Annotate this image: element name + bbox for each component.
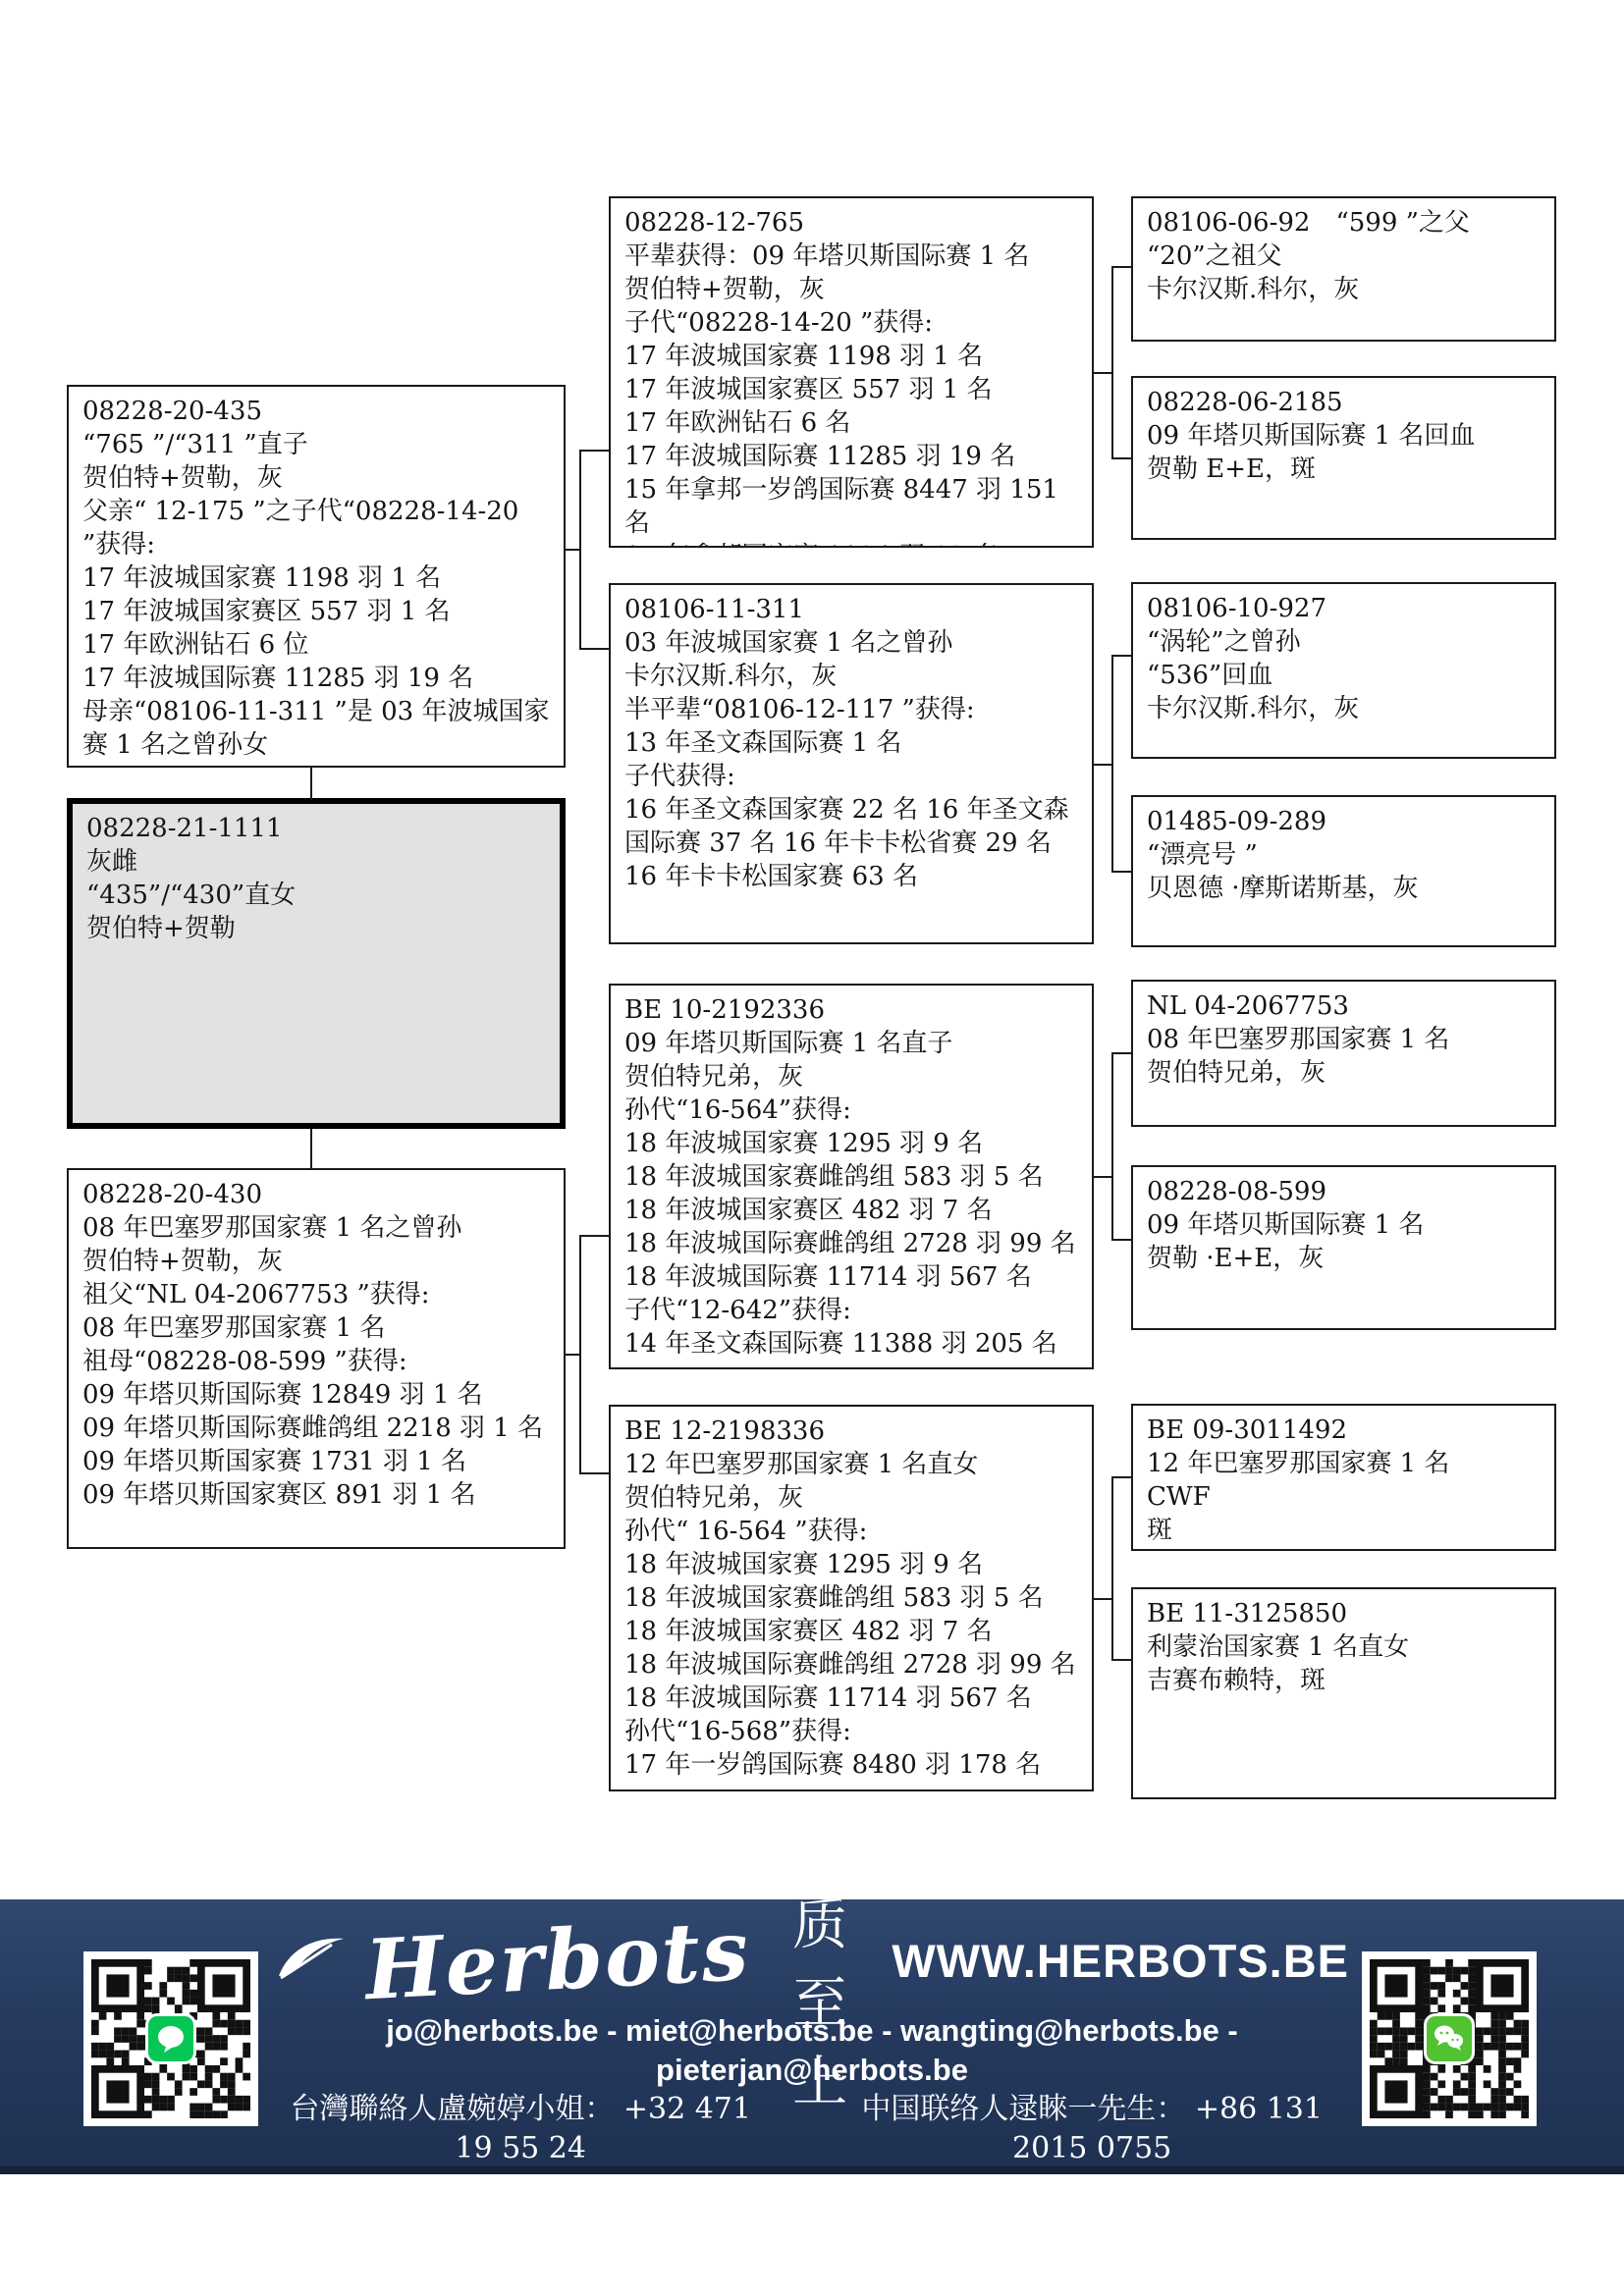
box-line: 贺伯特兄弟，灰 [624, 1481, 1078, 1515]
box-line: 卡尔汉斯.科尔，灰 [1147, 273, 1541, 306]
box-line: 半平辈“08106-12-117 ”获得: [624, 693, 1078, 726]
box-line: 12 年巴塞罗那国家赛 1 名 [1147, 1447, 1541, 1480]
connector-line [1094, 1176, 1113, 1178]
connector-line [1111, 1476, 1133, 1478]
box-line: 03 年波城国家赛 1 名之曾孙 [624, 626, 1078, 660]
brand-logo: Herbots [363, 1906, 752, 2014]
box-line: 17 年一岁鸽国际赛 8480 羽 178 名 [624, 1748, 1078, 1782]
connector-line [1094, 1598, 1113, 1600]
connector-line [1111, 266, 1133, 268]
box-grandfather-paternal: 08228-12-765平辈获得：09 年塔贝斯国际赛 1 名贺伯特+贺勒，灰子… [609, 196, 1094, 548]
box-line: 贺勒 E+E，斑 [1147, 453, 1541, 486]
box-line: 卡尔汉斯.科尔，灰 [624, 660, 1078, 693]
box-line: 子代“12-642”获得: [624, 1294, 1078, 1327]
connector-line [1111, 655, 1133, 657]
box-subject: 08228-21-1111灰雌“435”/“430”直女贺伯特+贺勒 [67, 798, 566, 1129]
connector-line [310, 768, 312, 800]
box-line: 13 年圣文森国际赛 1 名 [624, 726, 1078, 760]
box-line: 08228-21-1111 [86, 812, 546, 845]
box-line: 父亲“ 12-175 ”之子代“08228-14-20 ”获得: [82, 495, 550, 561]
box-line: 贺伯特+贺勒，灰 [624, 273, 1078, 306]
box-line: 贺伯特+贺勒，灰 [82, 461, 550, 495]
box-line: 贺伯特+贺勒，灰 [82, 1245, 550, 1278]
box-line: NL 04-2067753 [1147, 989, 1541, 1023]
connector-line [1111, 1476, 1113, 1661]
box-line: 18 年波城国际赛 11714 羽 567 名 [624, 1260, 1078, 1294]
box-line: 08228-08-599 [1147, 1175, 1541, 1208]
box-line: 08106-10-927 [1147, 592, 1541, 625]
box-great-grandparent-1: 08106-06-92 “599 ”之父“20”之祖父卡尔汉斯.科尔，灰 [1131, 196, 1556, 342]
box-line: 平辈获得：09 年塔贝斯国际赛 1 名 [624, 240, 1078, 273]
box-line: 18 年波城国际赛 11714 羽 567 名 [624, 1682, 1078, 1715]
box-line: 12 年巴塞罗那国家赛 1 名直女 [624, 1448, 1078, 1481]
box-line: 08228-12-765 [624, 206, 1078, 240]
box-line: 09 年塔贝斯国际赛 1 名 [1147, 1208, 1541, 1242]
connector-line [1111, 1659, 1133, 1661]
box-line: “20”之祖父 [1147, 240, 1541, 273]
connector-line [579, 1472, 611, 1474]
box-line: 18 年波城国家赛 1295 羽 9 名 [624, 1548, 1078, 1581]
connector-line [1111, 871, 1133, 873]
footer-content: Herbots 品质至上 WWW.HERBOTS.BE jo@herbots.b… [275, 1911, 1349, 2270]
box-line: 孙代“16-564”获得: [624, 1094, 1078, 1127]
box-line: 08228-20-435 [82, 395, 550, 428]
line-icon [145, 2013, 196, 2064]
box-line: 09 年塔贝斯国际赛 1 名直子 [624, 1027, 1078, 1060]
box-line: 18 年波城国家赛雌鸽组 583 羽 5 名 [624, 1581, 1078, 1615]
box-line: 09 年塔贝斯国家赛区 891 羽 1 名 [82, 1478, 550, 1512]
box-line: 斑 [1147, 1514, 1541, 1547]
box-line: 利蒙治国家赛 1 名直女 [1147, 1630, 1541, 1664]
box-line: 18 年波城国家赛雌鸽组 583 羽 5 名 [624, 1160, 1078, 1194]
feather-icon [275, 1933, 348, 1988]
box-line: 15 年拿邦一岁鸽国际赛 8447 羽 151 名 [624, 473, 1078, 540]
box-line: 贺伯特+贺勒 [86, 912, 546, 945]
box-line: 18 年波城国家赛区 482 羽 7 名 [624, 1194, 1078, 1227]
box-line: “435”/“430”直女 [86, 879, 546, 912]
contact-china: 中国联络人逯睞一先生： +86 131 2015 0755 [835, 2090, 1349, 2168]
box-line: 孙代“16-568”获得: [624, 1715, 1078, 1748]
box-line: CWF [1147, 1480, 1541, 1514]
box-line: 08 年巴塞罗那国家赛 1 名之曾孙 [82, 1211, 550, 1245]
box-line: 17 年欧洲钻石 6 名 [624, 406, 1078, 440]
box-line: 贺勒 ·E+E，灰 [1147, 1242, 1541, 1275]
box-line: 贺伯特兄弟，灰 [1147, 1056, 1541, 1090]
connector-line [1111, 1052, 1133, 1054]
wechat-icon [1424, 2013, 1475, 2064]
box-line: 子代获得: [624, 760, 1078, 793]
box-line: 08 年巴塞罗那国家赛 1 名 [82, 1311, 550, 1345]
box-great-grandparent-4: 01485-09-289“漂亮号 ”贝恩德 ·摩斯诺斯基，灰 [1131, 795, 1556, 947]
box-line: 08228-20-430 [82, 1178, 550, 1211]
box-line: 18 年波城国际赛雌鸽组 2728 羽 99 名 [624, 1648, 1078, 1682]
box-line: 卡尔汉斯.科尔，灰 [1147, 692, 1541, 725]
connector-line [1094, 372, 1113, 374]
box-grandfather-maternal: BE 10-219233609 年塔贝斯国际赛 1 名直子贺伯特兄弟，灰孙代“1… [609, 984, 1094, 1369]
box-line: 09 年塔贝斯国际赛雌鸽组 2218 羽 1 名 [82, 1412, 550, 1445]
box-line: 14 年圣文森国际赛 11388 羽 205 名 [624, 1327, 1078, 1361]
box-line: 08106-06-92 “599 ”之父 [1147, 206, 1541, 240]
connector-line [1111, 1052, 1113, 1241]
box-line: 贝恩德 ·摩斯诺斯基，灰 [1147, 872, 1541, 905]
box-line: 子代“08228-14-20 ”获得: [624, 306, 1078, 340]
box-grandmother-paternal: 08106-11-31103 年波城国家赛 1 名之曾孙卡尔汉斯.科尔，灰半平辈… [609, 583, 1094, 944]
connector-line [1111, 457, 1133, 459]
box-line: 09 年塔贝斯国际赛 1 名回血 [1147, 419, 1541, 453]
box-line: 祖父“NL 04-2067753 ”获得: [82, 1278, 550, 1311]
box-line: 01485-09-289 [1147, 805, 1541, 838]
box-line: 吉赛布赖特，斑 [1147, 1664, 1541, 1697]
box-line: 09 年塔贝斯国家赛 1731 羽 1 名 [82, 1445, 550, 1478]
box-mother: 08228-20-43008 年巴塞罗那国家赛 1 名之曾孙贺伯特+贺勒，灰祖父… [67, 1168, 566, 1549]
connector-line [1111, 655, 1113, 873]
box-line: 母亲“08106-11-311 ”是 03 年波城国家赛 1 名之曾孙女 [82, 695, 550, 762]
box-line: 17 年欧洲钻石 6 位 [82, 628, 550, 662]
box-line: 18 年波城国家赛 1295 羽 9 名 [624, 1127, 1078, 1160]
connector-line [579, 450, 611, 452]
connector-line [579, 1235, 611, 1237]
box-line: BE 09-3011492 [1147, 1414, 1541, 1447]
box-line: 09 年塔贝斯国际赛 12849 羽 1 名 [82, 1378, 550, 1412]
box-line: 16 年卡卡松国家赛 63 名 [624, 860, 1078, 893]
website-url: WWW.HERBOTS.BE [892, 1934, 1349, 1988]
box-line: 16 年圣文森国家赛 22 名 16 年圣文森国际赛 37 名 16 年卡卡松省… [624, 793, 1078, 860]
box-line: 17 年波城国家赛 1198 羽 1 名 [624, 340, 1078, 373]
box-great-grandparent-7: BE 09-301149212 年巴塞罗那国家赛 1 名CWF斑 [1131, 1404, 1556, 1551]
box-father: 08228-20-435“765 ”/“311 ”直子贺伯特+贺勒，灰父亲“ 1… [67, 385, 566, 768]
box-line: 贺伯特兄弟，灰 [624, 1060, 1078, 1094]
box-line: 17 年波城国际赛 11285 羽 19 名 [624, 440, 1078, 473]
box-great-grandparent-5: NL 04-206775308 年巴塞罗那国家赛 1 名贺伯特兄弟，灰 [1131, 980, 1556, 1127]
box-line: 17 年波城国际赛 11285 羽 19 名 [82, 662, 550, 695]
connector-line [579, 450, 581, 650]
pedigree-page: 08228-20-435“765 ”/“311 ”直子贺伯特+贺勒，灰父亲“ 1… [0, 0, 1624, 2296]
box-line: 孙代“ 16-564 ”获得: [624, 1515, 1078, 1548]
connector-line [310, 1129, 312, 1170]
box-line: 18 年波城国际赛雌鸽组 2728 羽 99 名 [624, 1227, 1078, 1260]
connector-line [579, 648, 611, 650]
brand-row: Herbots 品质至上 WWW.HERBOTS.BE [275, 1911, 1349, 2009]
box-great-grandparent-3: 08106-10-927“涡轮”之曾孙“536”回血卡尔汉斯.科尔，灰 [1131, 582, 1556, 759]
box-great-grandparent-2: 08228-06-218509 年塔贝斯国际赛 1 名回血贺勒 E+E，斑 [1131, 376, 1556, 540]
box-grandmother-maternal: BE 12-219833612 年巴塞罗那国家赛 1 名直女贺伯特兄弟，灰孙代“… [609, 1405, 1094, 1791]
box-line: 17 年波城国家赛区 557 羽 1 名 [624, 373, 1078, 406]
box-great-grandparent-6: 08228-08-59909 年塔贝斯国际赛 1 名贺勒 ·E+E，灰 [1131, 1165, 1556, 1330]
box-line: “漂亮号 ” [1147, 838, 1541, 872]
box-line: 08 年巴塞罗那国家赛 1 名 [1147, 1023, 1541, 1056]
box-line: BE 11-3125850 [1147, 1597, 1541, 1630]
box-line: 18 年波城国家赛区 482 羽 7 名 [624, 1615, 1078, 1648]
box-line: BE 10-2192336 [624, 993, 1078, 1027]
footer-tagline: 贺伯特家族...秉持品质第一与诚实可靠，力求提供完美的服务！ [275, 2168, 1349, 2270]
box-great-grandparent-8: BE 11-3125850利蒙治国家赛 1 名直女吉赛布赖特，斑 [1131, 1587, 1556, 1799]
box-line: “涡轮”之曾孙 [1147, 625, 1541, 659]
contact-taiwan: 台灣聯絡人盧婉婷小姐： +32 471 19 55 24 [275, 2090, 766, 2168]
box-line: 08228-06-2185 [1147, 386, 1541, 419]
box-line: 15 年拿邦国家赛 1124 羽 82 名 [624, 540, 1078, 548]
contact-emails: jo@herbots.be - miet@herbots.be - wangti… [275, 2011, 1349, 2090]
connector-line [1111, 266, 1113, 459]
box-line: “765 ”/“311 ”直子 [82, 428, 550, 461]
footer-banner: Herbots 品质至上 WWW.HERBOTS.BE jo@herbots.b… [0, 1899, 1624, 2174]
box-line: 17 年波城国家赛区 557 羽 1 名 [82, 595, 550, 628]
box-line: 灰雌 [86, 845, 546, 879]
connector-line [579, 1235, 581, 1474]
box-line: BE 12-2198336 [624, 1415, 1078, 1448]
box-line: 17 年波城国家赛 1198 羽 1 名 [82, 561, 550, 595]
connector-line [1094, 764, 1113, 766]
box-line: “536”回血 [1147, 659, 1541, 692]
wechat-qr-code [1362, 1951, 1537, 2126]
connector-line [1111, 1239, 1133, 1241]
box-line: 08106-11-311 [624, 593, 1078, 626]
box-line: 祖母“08228-08-599 ”获得: [82, 1345, 550, 1378]
line-qr-code [83, 1951, 258, 2126]
